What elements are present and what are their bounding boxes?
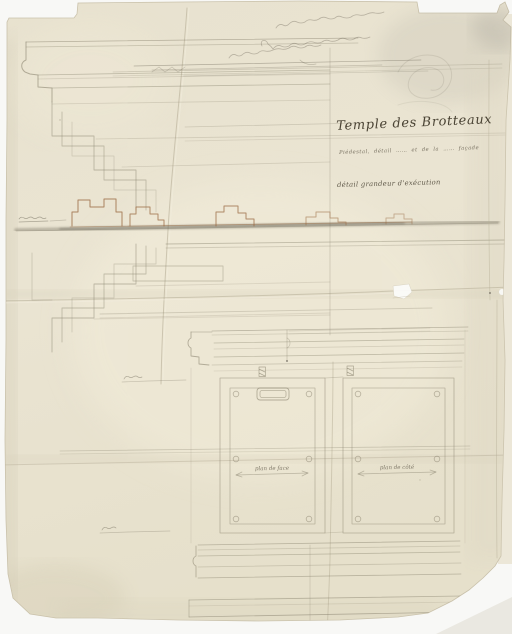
panel-label-left: plan de face xyxy=(255,466,289,473)
drawing-canvas xyxy=(0,0,512,634)
scanned-drawing-sheet: Temple des Brotteaux Piédestal, détail …… xyxy=(0,0,512,634)
panel-label-right: plan de côté xyxy=(380,465,414,472)
